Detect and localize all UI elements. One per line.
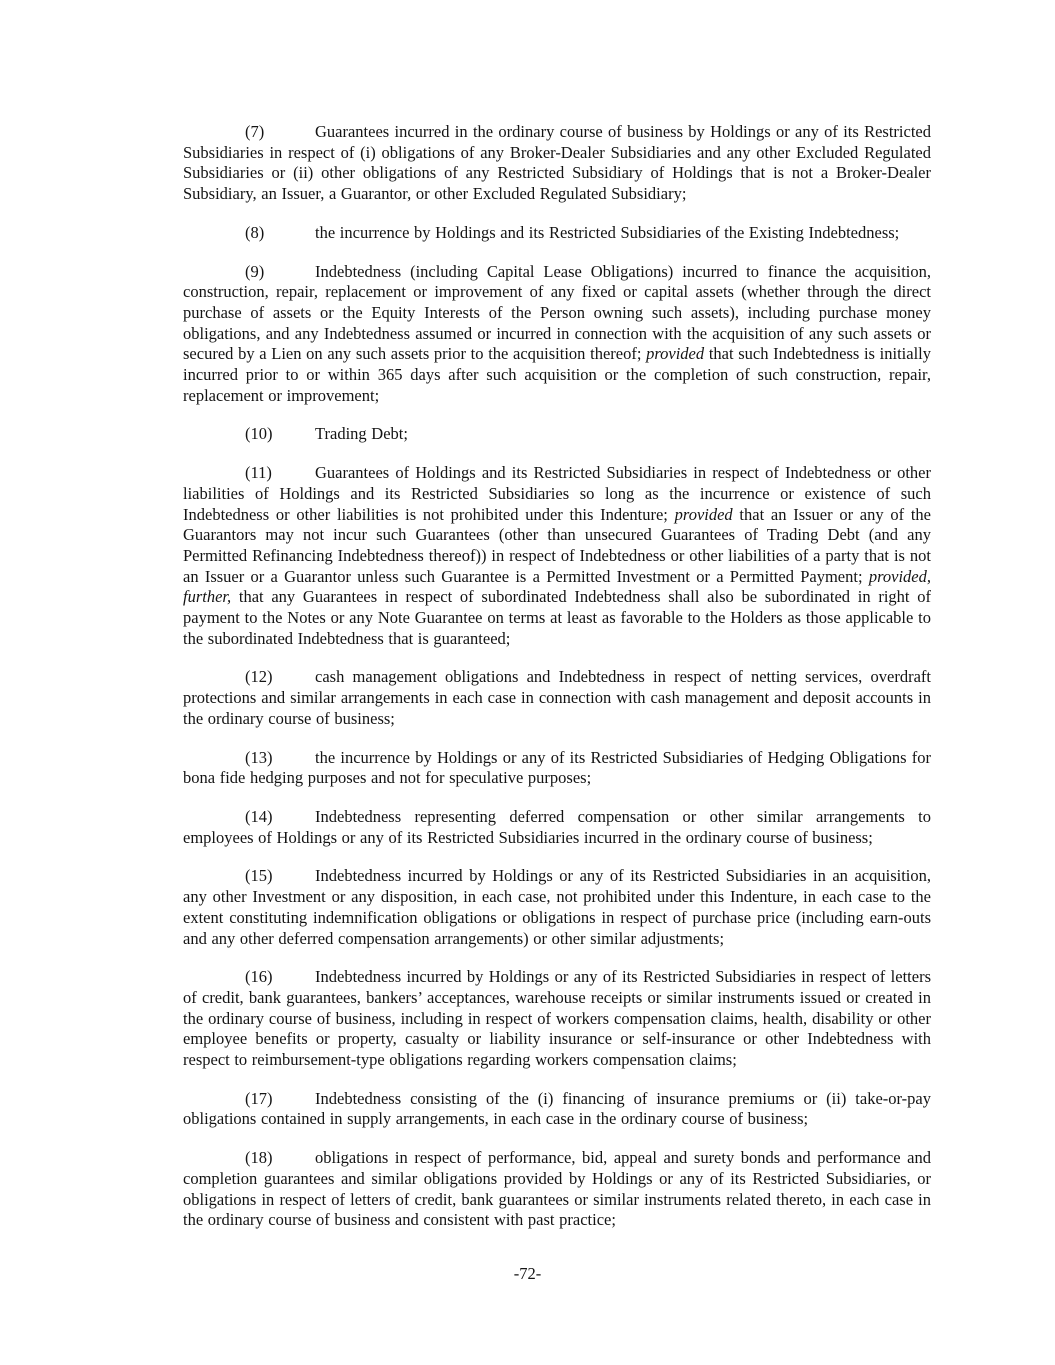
page-number: -72-: [514, 1264, 542, 1283]
paragraph-number: (13): [245, 748, 315, 769]
paragraph-number: (16): [245, 967, 315, 988]
paragraph-number: (11): [245, 463, 315, 484]
italic-term: provided: [646, 344, 704, 363]
paragraph-number: (17): [245, 1089, 315, 1110]
paragraph-17: (17)Indebtedness consisting of the (i) f…: [183, 1089, 931, 1130]
paragraph-9: (9)Indebtedness (including Capital Lease…: [183, 262, 931, 407]
document-page: (7)Guarantees incurred in the ordinary c…: [0, 0, 1055, 1365]
paragraph-number: (15): [245, 866, 315, 887]
paragraph-8: (8)the incurrence by Holdings and its Re…: [183, 223, 931, 244]
paragraph-number: (8): [245, 223, 315, 244]
paragraph-number: (12): [245, 667, 315, 688]
paragraph-text: the incurrence by Holdings and its Restr…: [315, 223, 899, 242]
paragraph-number: (9): [245, 262, 315, 283]
paragraph-12: (12)cash management obligations and Inde…: [183, 667, 931, 729]
paragraph-text: that any Guarantees in respect of subord…: [183, 587, 931, 647]
paragraph-16: (16)Indebtedness incurred by Holdings or…: [183, 967, 931, 1071]
paragraph-number: (14): [245, 807, 315, 828]
paragraph-number: (10): [245, 424, 315, 445]
document-body: (7)Guarantees incurred in the ordinary c…: [183, 122, 931, 1231]
paragraph-18: (18)obligations in respect of performanc…: [183, 1148, 931, 1231]
paragraph-number: (18): [245, 1148, 315, 1169]
paragraph-15: (15)Indebtedness incurred by Holdings or…: [183, 866, 931, 949]
paragraph-7: (7)Guarantees incurred in the ordinary c…: [183, 122, 931, 205]
paragraph-text: Trading Debt;: [315, 424, 408, 443]
page-footer: -72-: [0, 1264, 1055, 1285]
paragraph-11: (11)Guarantees of Holdings and its Restr…: [183, 463, 931, 649]
paragraph-number: (7): [245, 122, 315, 143]
paragraph-14: (14)Indebtedness representing deferred c…: [183, 807, 931, 848]
paragraph-10: (10)Trading Debt;: [183, 424, 931, 445]
paragraph-13: (13)the incurrence by Holdings or any of…: [183, 748, 931, 789]
italic-term: provided: [675, 505, 733, 524]
